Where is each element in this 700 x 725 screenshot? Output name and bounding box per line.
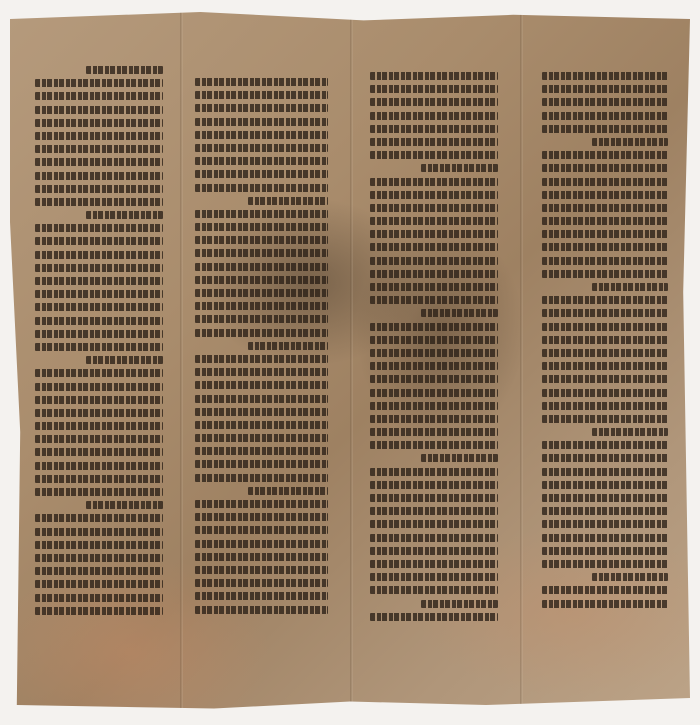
text-line (195, 184, 328, 192)
column-3 (370, 72, 498, 621)
text-line (35, 514, 163, 522)
text-line (370, 573, 498, 581)
text-line (195, 368, 328, 376)
text-line (370, 98, 498, 106)
text-line (542, 125, 668, 133)
text-line (542, 112, 668, 120)
text-line (542, 296, 668, 304)
text-line (370, 217, 498, 225)
text-line (542, 454, 668, 462)
text-line (370, 389, 498, 397)
text-line (35, 132, 163, 140)
text-line (195, 118, 328, 126)
text-line (370, 296, 498, 304)
text-line (35, 541, 163, 549)
text-line (195, 434, 328, 442)
text-line (370, 72, 498, 80)
text-line (370, 204, 498, 212)
text-line (35, 198, 163, 206)
text-line (195, 91, 328, 99)
text-line (542, 151, 668, 159)
text-line (370, 243, 498, 251)
text-line (542, 270, 668, 278)
text-line (35, 396, 163, 404)
text-line (35, 172, 163, 180)
text-line (542, 204, 668, 212)
text-line (370, 230, 498, 238)
text-line (35, 475, 163, 483)
text-line (35, 422, 163, 430)
text-line (35, 251, 163, 259)
text-line (195, 553, 328, 561)
text-line (542, 600, 668, 608)
text-line (195, 421, 328, 429)
text-line (542, 243, 668, 251)
text-line (370, 586, 498, 594)
text-line (542, 481, 668, 489)
text-line (592, 283, 668, 291)
text-line (370, 112, 498, 120)
text-line (35, 580, 163, 588)
text-line (195, 606, 328, 614)
text-line (195, 302, 328, 310)
text-line (86, 501, 163, 509)
text-line (195, 144, 328, 152)
text-line (195, 170, 328, 178)
text-line (542, 547, 668, 555)
text-line (542, 85, 668, 93)
text-line (35, 185, 163, 193)
text-line (370, 138, 498, 146)
text-line (195, 592, 328, 600)
text-line (542, 309, 668, 317)
text-line (195, 540, 328, 548)
text-line (35, 145, 163, 153)
text-line (542, 389, 668, 397)
text-line (542, 415, 668, 423)
text-line (370, 257, 498, 265)
text-line (542, 230, 668, 238)
text-line (86, 356, 163, 364)
column-1 (35, 66, 163, 615)
text-line (35, 607, 163, 615)
text-line (542, 402, 668, 410)
text-line (370, 402, 498, 410)
text-line (542, 468, 668, 476)
text-line (35, 264, 163, 272)
text-line (370, 560, 498, 568)
text-line (195, 381, 328, 389)
text-line (195, 460, 328, 468)
text-line (542, 441, 668, 449)
text-line (195, 289, 328, 297)
text-line (35, 119, 163, 127)
text-line (195, 579, 328, 587)
text-line (35, 462, 163, 470)
text-line (370, 547, 498, 555)
text-line (35, 303, 163, 311)
text-line (195, 500, 328, 508)
fold-line (180, 12, 183, 712)
text-line (195, 78, 328, 86)
text-line (370, 468, 498, 476)
text-line (542, 586, 668, 594)
text-line (195, 210, 328, 218)
text-line (195, 315, 328, 323)
text-line (195, 276, 328, 284)
text-line (370, 613, 498, 621)
text-line (370, 191, 498, 199)
text-line (248, 487, 328, 495)
text-line (195, 474, 328, 482)
text-line (35, 330, 163, 338)
text-line (35, 409, 163, 417)
text-line (370, 323, 498, 331)
text-line (542, 164, 668, 172)
text-line (35, 290, 163, 298)
text-line (86, 66, 163, 74)
text-line (542, 362, 668, 370)
text-line (195, 355, 328, 363)
text-line (542, 191, 668, 199)
text-line (370, 520, 498, 528)
text-line (542, 375, 668, 383)
text-line (195, 329, 328, 337)
text-line (370, 178, 498, 186)
text-line (542, 98, 668, 106)
text-line (370, 428, 498, 436)
text-line (35, 237, 163, 245)
text-line (542, 507, 668, 515)
text-line (370, 349, 498, 357)
text-line (35, 343, 163, 351)
text-line (592, 428, 668, 436)
text-line (370, 336, 498, 344)
text-line (370, 415, 498, 423)
column-4 (542, 72, 668, 608)
text-line (35, 554, 163, 562)
text-line (35, 277, 163, 285)
text-line (35, 106, 163, 114)
text-line (370, 362, 498, 370)
text-line (542, 534, 668, 542)
text-line (370, 85, 498, 93)
text-line (248, 197, 328, 205)
text-line (195, 263, 328, 271)
text-line (195, 513, 328, 521)
text-line (542, 217, 668, 225)
text-line (195, 249, 328, 257)
column-2 (195, 78, 328, 614)
fold-line (520, 12, 523, 712)
text-line (195, 408, 328, 416)
text-line (35, 92, 163, 100)
text-line (35, 317, 163, 325)
text-line (35, 224, 163, 232)
text-line (421, 309, 498, 317)
text-line (542, 349, 668, 357)
text-line (195, 447, 328, 455)
text-line (542, 323, 668, 331)
text-line (370, 441, 498, 449)
text-line (35, 488, 163, 496)
text-line (370, 125, 498, 133)
text-line (86, 211, 163, 219)
text-line (542, 336, 668, 344)
text-line (35, 448, 163, 456)
text-line (195, 157, 328, 165)
text-line (370, 375, 498, 383)
text-line (35, 528, 163, 536)
text-line (542, 178, 668, 186)
text-line (370, 283, 498, 291)
text-line (542, 494, 668, 502)
text-line (542, 257, 668, 265)
text-line (35, 435, 163, 443)
text-line (35, 567, 163, 575)
text-line (370, 507, 498, 515)
text-line (370, 151, 498, 159)
text-line (542, 560, 668, 568)
fold-line (350, 12, 353, 712)
text-line (195, 395, 328, 403)
text-line (370, 481, 498, 489)
text-line (195, 236, 328, 244)
text-line (421, 164, 498, 172)
text-line (592, 573, 668, 581)
text-line (195, 566, 328, 574)
text-line (195, 223, 328, 231)
text-line (370, 270, 498, 278)
text-line (35, 383, 163, 391)
text-line (195, 104, 328, 112)
text-line (35, 594, 163, 602)
text-line (35, 79, 163, 87)
text-line (592, 138, 668, 146)
text-line (248, 342, 328, 350)
text-line (35, 369, 163, 377)
text-line (542, 520, 668, 528)
text-line (35, 158, 163, 166)
text-line (421, 454, 498, 462)
text-line (421, 600, 498, 608)
text-line (542, 72, 668, 80)
text-line (370, 494, 498, 502)
text-line (370, 534, 498, 542)
text-line (195, 526, 328, 534)
text-line (195, 131, 328, 139)
